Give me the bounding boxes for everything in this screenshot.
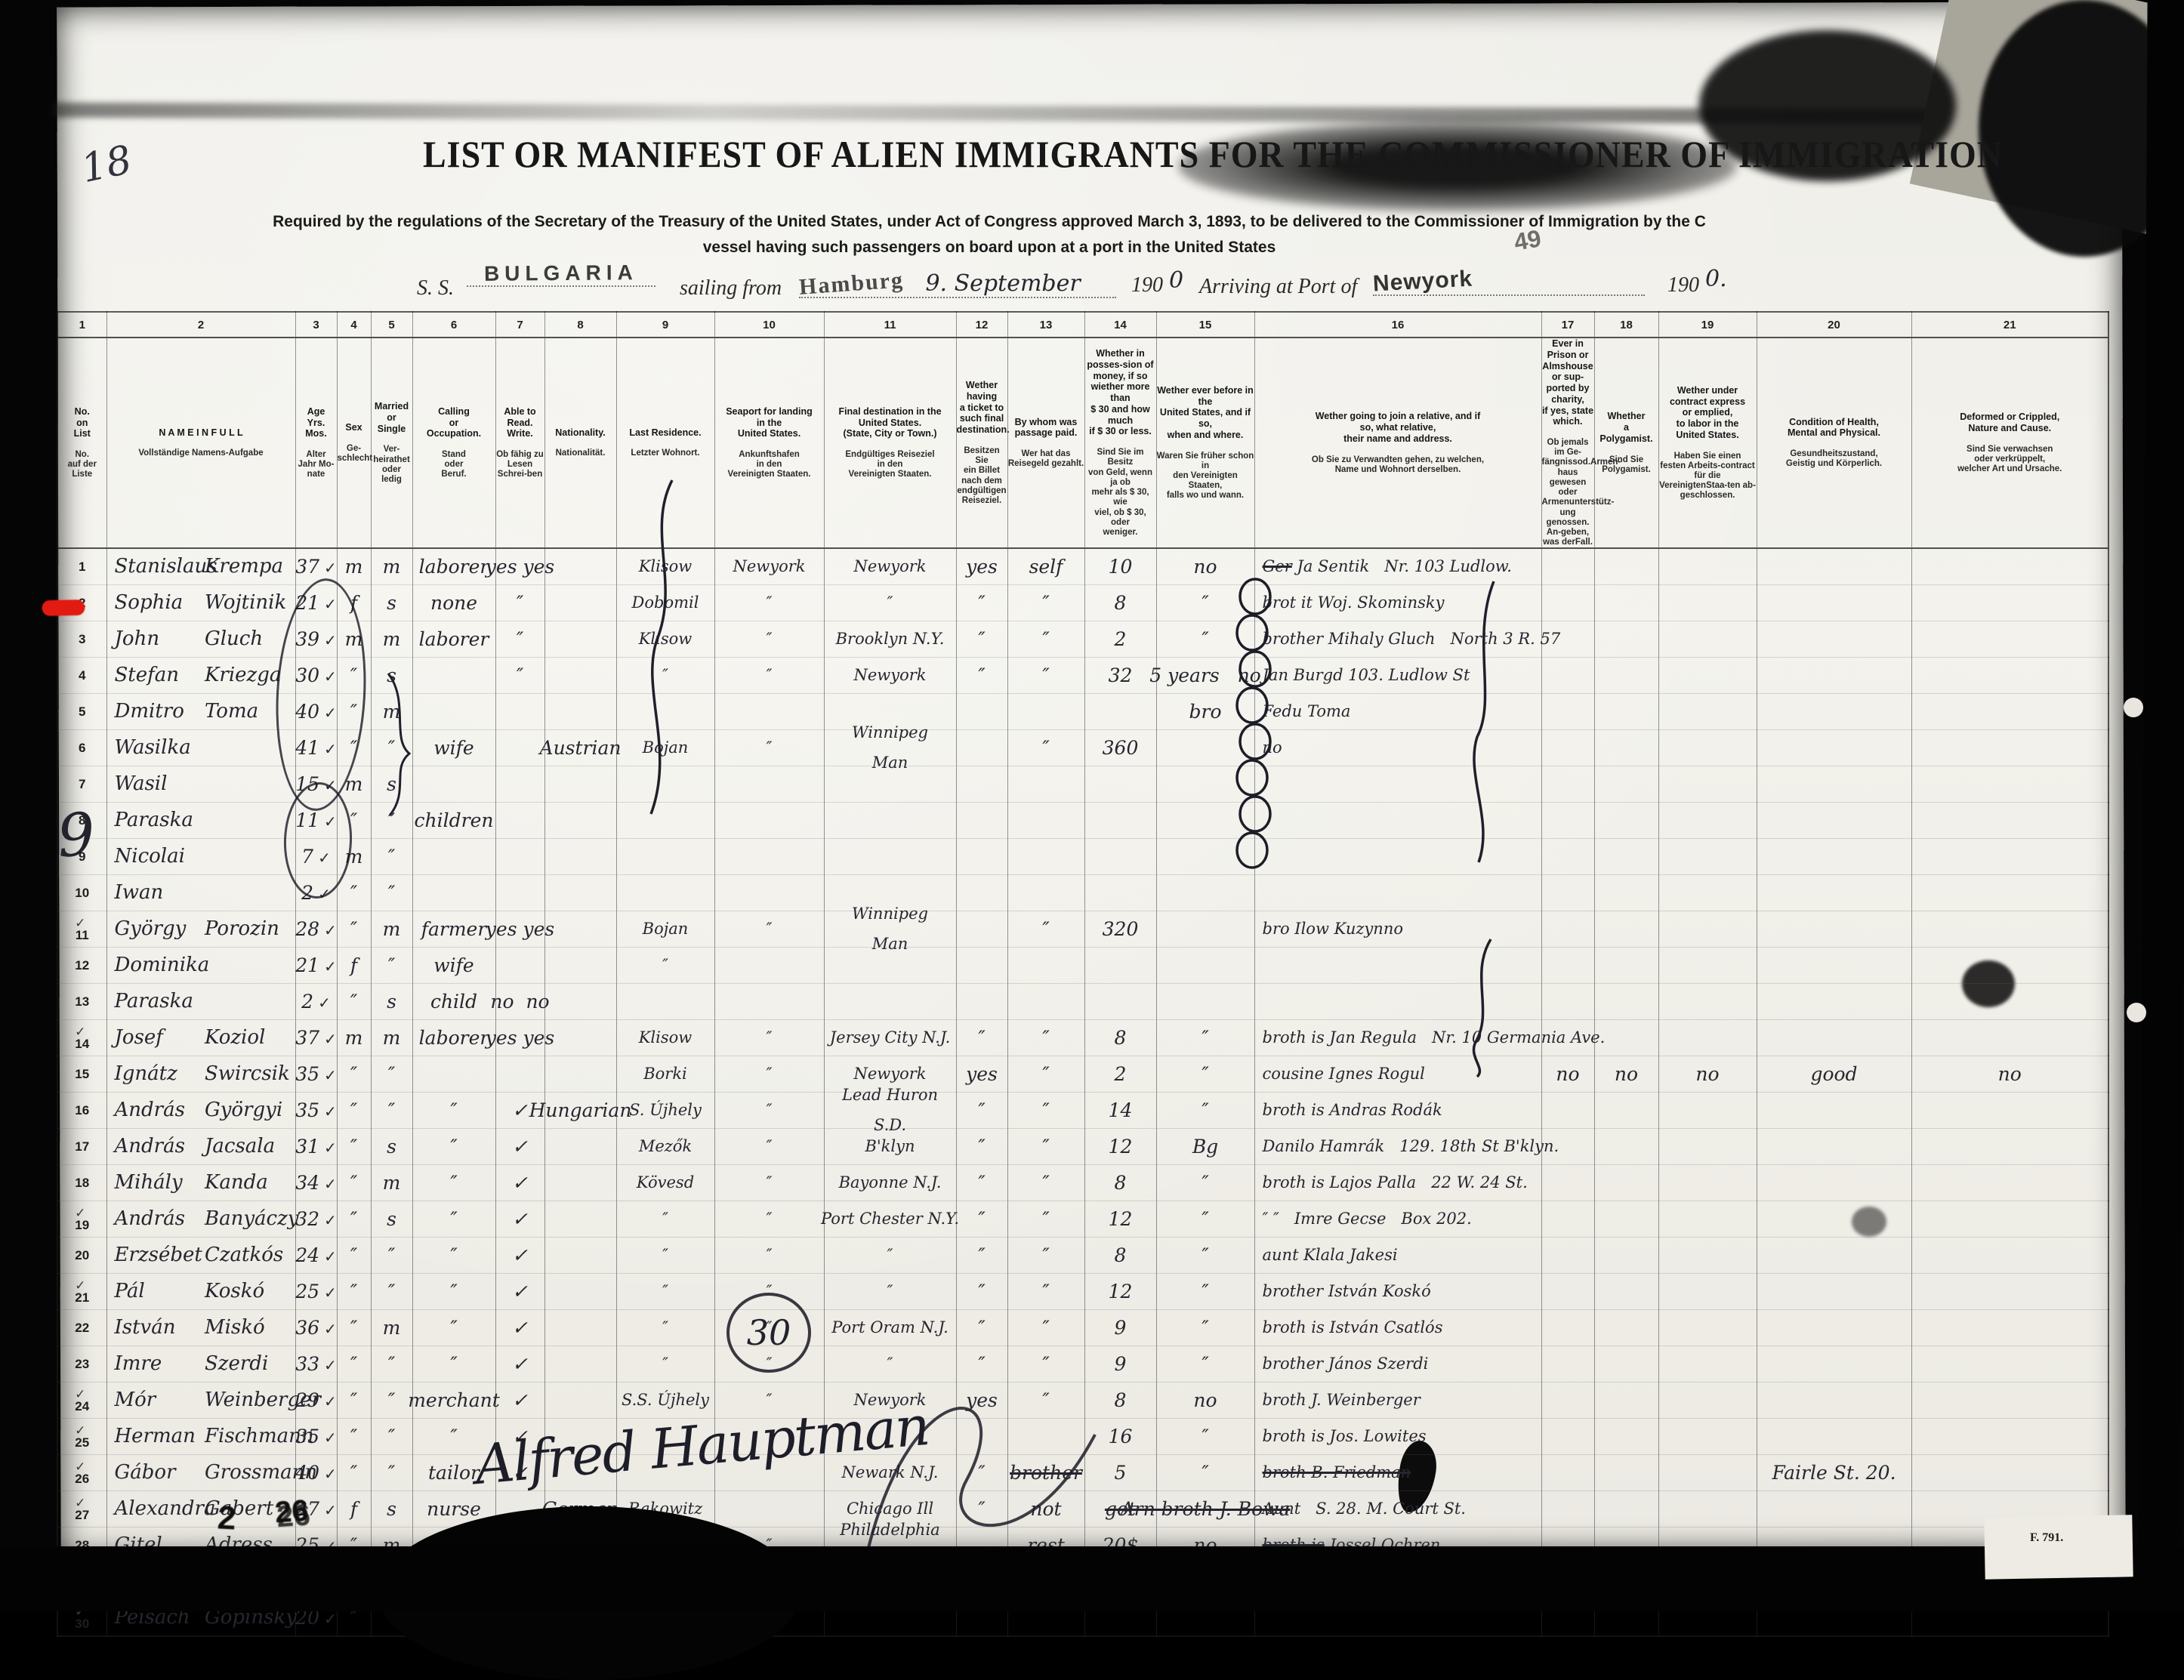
seaport-cell — [714, 766, 824, 803]
column-header-17: Ever in Prison or Almshouse or sup-porte… — [1541, 338, 1594, 548]
ticket-cell: ″ — [956, 1020, 1007, 1056]
prison-cell — [1541, 984, 1594, 1020]
column-header-21: Deformed or Crippled, Nature and Cause.S… — [1911, 338, 2108, 548]
read-write-cell: ″ — [495, 658, 544, 694]
money-cell: 32 — [1084, 658, 1156, 694]
deformed-cell — [1911, 911, 2108, 948]
deformed-cell — [1911, 1129, 2108, 1165]
read-write-cell: yes yes — [495, 548, 544, 585]
age-cell: 33✓ — [295, 1346, 337, 1383]
ever-before-us-cell: ″ — [1156, 1274, 1254, 1310]
contract-labor-cell — [1658, 1383, 1757, 1419]
passage-paid-by-cell: ″ — [1007, 1020, 1084, 1056]
prison-cell — [1541, 1419, 1594, 1455]
column-number: 21 — [1911, 312, 2108, 338]
ticket-cell: ″ — [956, 1274, 1007, 1310]
prison-cell — [1541, 658, 1594, 694]
married-cell: m — [371, 548, 412, 585]
sex-cell: ″ — [337, 1419, 371, 1455]
year-printed: 190 — [1131, 273, 1163, 297]
money-cell: 14 — [1084, 1093, 1156, 1129]
contract-labor-cell — [1658, 694, 1757, 730]
health-cell — [1757, 1238, 1911, 1274]
read-write-cell: ″ — [495, 621, 544, 658]
calling-cell: laborer — [412, 621, 495, 658]
last-residence-cell — [616, 984, 714, 1020]
married-cell: m — [371, 621, 412, 658]
money-cell: 8 — [1084, 1238, 1156, 1274]
final-destination-cell: ″ — [824, 585, 956, 621]
read-write-cell — [495, 803, 544, 839]
deformed-cell — [1911, 694, 2108, 730]
contract-labor-cell — [1658, 766, 1757, 803]
read-write-cell — [495, 766, 544, 803]
final-destination-cell: Brooklyn N.Y. — [824, 621, 956, 658]
sex-cell: f — [337, 948, 371, 984]
sex-cell: ″ — [337, 1383, 371, 1419]
health-cell — [1757, 1129, 1911, 1165]
married-cell: ″ — [371, 1274, 412, 1310]
calling-cell: ″ — [412, 1310, 495, 1346]
age-cell: 24✓ — [295, 1238, 337, 1274]
money-cell — [1084, 948, 1156, 984]
read-write-cell: ✓ — [495, 1346, 544, 1383]
health-cell — [1757, 1383, 1911, 1419]
name-cell: AlexandraGabert — [106, 1491, 295, 1527]
ss-prefix: S. S. — [417, 276, 454, 301]
prison-cell — [1541, 1238, 1594, 1274]
last-residence-cell: S. Újhely — [616, 1093, 714, 1129]
sex-cell: ″ — [337, 911, 371, 948]
final-destination-cell: Port Chester N.Y. — [824, 1201, 956, 1238]
polygamist-cell — [1594, 766, 1658, 803]
calling-cell: ″ — [412, 1346, 495, 1383]
nationality-cell — [544, 1274, 616, 1310]
money-cell — [1084, 839, 1156, 875]
relative-joining-cell: broth is Lajos Palla 22 W. 24 St. — [1254, 1165, 1541, 1201]
money-cell — [1084, 875, 1156, 911]
health-cell — [1757, 730, 1911, 766]
relative-joining-cell — [1254, 948, 1541, 984]
final-destination-cell: ″ — [824, 1346, 956, 1383]
sex-cell: m — [337, 1020, 371, 1056]
pen-brace-children — [384, 670, 414, 818]
subtitle-line-1: Required by the regulations of the Secre… — [136, 213, 1843, 231]
ticket-cell: ″ — [956, 1310, 1007, 1346]
married-cell: s — [371, 1201, 412, 1238]
ever-before-us-cell: ″ — [1156, 1093, 1254, 1129]
relative-joining-cell: Danilo Hamrák 129. 18th St B'klyn. — [1254, 1129, 1541, 1165]
row-number-cell: 12 — [57, 948, 106, 984]
deformed-cell — [1911, 1020, 2108, 1056]
health-cell — [1757, 1346, 1911, 1383]
money-cell — [1084, 984, 1156, 1020]
sex-cell: ″ — [337, 1165, 371, 1201]
passage-paid-by-cell: ″ — [1007, 585, 1084, 621]
seaport-cell: ″ — [714, 585, 824, 621]
column-number: 16 — [1254, 312, 1541, 338]
final-destination-cell: Lead HuronS.D. — [824, 1093, 956, 1129]
passage-paid-by-cell — [1007, 803, 1084, 839]
prison-cell — [1541, 1093, 1594, 1129]
sex-cell: ″ — [337, 875, 371, 911]
polygamist-cell — [1594, 730, 1658, 766]
document-title: LIST OR MANIFEST OF ALIEN IMMIGRANTS FOR… — [423, 133, 1692, 176]
contract-labor-cell — [1658, 621, 1757, 658]
deformed-cell — [1911, 621, 2108, 658]
contract-labor-cell — [1658, 1274, 1757, 1310]
column-header-14: Whether in posses-sion of money, if so w… — [1084, 338, 1156, 548]
row-number-cell: ✓26 — [57, 1455, 106, 1491]
column-header-8: Nationality.Nationalität. — [544, 338, 616, 548]
last-residence-cell: Mezők — [616, 1129, 714, 1165]
column-number: 14 — [1084, 312, 1156, 338]
name-cell: Nicolai — [106, 839, 295, 875]
read-write-cell: yes yes — [495, 1020, 544, 1056]
margin-figure: 9 — [55, 800, 97, 871]
married-cell: ″ — [371, 1238, 412, 1274]
polygamist-cell — [1594, 1419, 1658, 1455]
contract-labor-cell — [1658, 875, 1757, 911]
deformed-cell — [1911, 1383, 2108, 1419]
married-cell: m — [371, 911, 412, 948]
sex-cell: ″ — [337, 1201, 371, 1238]
seaport-cell — [714, 694, 824, 730]
form-number-patch — [1984, 1515, 2133, 1579]
passage-paid-by-cell: ″ — [1007, 1310, 1084, 1346]
column-header-12: Wether having a ticket to such final des… — [956, 338, 1007, 548]
ever-before-us-cell: ″ — [1156, 1419, 1254, 1455]
passage-paid-by-cell — [1007, 984, 1084, 1020]
nationality-cell — [544, 1201, 616, 1238]
final-destination-cell — [824, 803, 956, 839]
ever-before-us-cell: ″ — [1156, 1020, 1254, 1056]
nationality-cell — [544, 1056, 616, 1093]
nationality-cell — [544, 984, 616, 1020]
ticket-cell: ″ — [956, 1201, 1007, 1238]
row-number-cell: 18 — [57, 1165, 106, 1201]
nationality-cell — [544, 839, 616, 875]
married-cell: ″ — [371, 875, 412, 911]
prison-cell — [1541, 766, 1594, 803]
polygamist-cell — [1594, 1455, 1658, 1491]
ticket-cell — [956, 730, 1007, 766]
deformed-cell — [1911, 948, 2108, 984]
polygamist-cell — [1594, 1274, 1658, 1310]
row-number-cell: 17 — [57, 1129, 106, 1165]
last-residence-cell — [616, 875, 714, 911]
sex-cell: ″ — [337, 1310, 371, 1346]
polygamist-cell — [1594, 1346, 1658, 1383]
seaport-cell: ″ — [714, 1056, 824, 1093]
ticket-cell: ″ — [956, 1238, 1007, 1274]
ticket-cell: ″ — [956, 585, 1007, 621]
row-number-cell: 15 — [57, 1056, 106, 1093]
nationality-cell — [544, 875, 616, 911]
health-cell — [1757, 875, 1911, 911]
nationality-cell: Austrian — [544, 730, 616, 766]
last-residence-cell: ″ — [616, 1201, 714, 1238]
contract-labor-cell — [1658, 1201, 1757, 1238]
scanned-manifest-page: LIST OR MANIFEST OF ALIEN IMMIGRANTS FOR… — [0, 0, 2184, 1611]
passage-paid-by-cell: ″ — [1007, 730, 1084, 766]
ever-before-us-cell — [1156, 911, 1254, 948]
name-cell: ImreSzerdi — [106, 1346, 295, 1383]
seaport-cell — [714, 875, 824, 911]
health-cell — [1757, 803, 1911, 839]
passage-paid-by-cell: ″ — [1007, 1346, 1084, 1383]
nationality-cell — [544, 585, 616, 621]
contract-labor-cell — [1658, 839, 1757, 875]
money-cell: 320 — [1084, 911, 1156, 948]
name-cell: Wasil — [106, 766, 295, 803]
prison-cell — [1541, 694, 1594, 730]
contract-labor-cell — [1658, 1020, 1757, 1056]
column-number: 9 — [616, 312, 714, 338]
form-number: F. 791. — [2030, 1531, 2063, 1545]
deformed-cell — [1911, 1238, 2108, 1274]
health-cell — [1757, 948, 1911, 984]
ever-before-us-cell: ″ — [1156, 1455, 1254, 1491]
deformed-cell — [1911, 766, 2108, 803]
sailing-date-hand: 9. September — [925, 270, 1080, 297]
prison-cell — [1541, 875, 1594, 911]
seaport-cell — [714, 839, 824, 875]
calling-cell — [412, 875, 495, 911]
passage-paid-by-cell — [1007, 766, 1084, 803]
health-cell — [1757, 1491, 1911, 1527]
prison-cell — [1541, 1455, 1594, 1491]
final-destination-cell: Newyork — [824, 658, 956, 694]
contract-labor-cell — [1658, 1129, 1757, 1165]
passage-paid-by-cell: self — [1007, 548, 1084, 585]
ever-before-us-cell — [1156, 948, 1254, 984]
polygamist-cell — [1594, 1093, 1658, 1129]
nationality-cell — [544, 694, 616, 730]
read-write-cell — [495, 839, 544, 875]
last-residence-cell: Klisow — [616, 1020, 714, 1056]
last-residence-cell: ″ — [616, 1274, 714, 1310]
row-number-cell: 20 — [57, 1238, 106, 1274]
polygamist-cell — [1594, 585, 1658, 621]
nationality-cell — [544, 1383, 616, 1419]
read-write-cell — [495, 694, 544, 730]
age-cell: 35✓ — [295, 1093, 337, 1129]
scan-bottom-edge — [0, 1546, 2184, 1611]
circled-value-30: 30 — [726, 1293, 811, 1373]
contract-labor-cell — [1658, 1310, 1757, 1346]
name-cell: JosefKoziol — [106, 1020, 295, 1056]
sex-cell: ″ — [337, 1238, 371, 1274]
nationality-cell — [544, 1020, 616, 1056]
seaport-cell: ″ — [714, 1093, 824, 1129]
ticket-cell — [956, 803, 1007, 839]
seaport-cell: Newyork — [714, 548, 824, 585]
seaport-cell: ″ — [714, 621, 824, 658]
seaport-cell: ″ — [714, 1020, 824, 1056]
name-cell: MórWeinberger — [106, 1383, 295, 1419]
sex-cell: ″ — [337, 1346, 371, 1383]
contract-labor-cell — [1658, 948, 1757, 984]
nationality-cell — [544, 911, 616, 948]
contract-labor-cell — [1658, 658, 1757, 694]
passage-paid-by-cell — [1007, 948, 1084, 984]
contract-labor-cell — [1658, 1346, 1757, 1383]
health-cell — [1757, 839, 1911, 875]
ticket-cell — [956, 694, 1007, 730]
sex-cell: ″ — [337, 1455, 371, 1491]
name-cell: GáborGrossmann — [106, 1455, 295, 1491]
polygamist-cell — [1594, 1491, 1658, 1527]
polygamist-cell — [1594, 803, 1658, 839]
nationality-cell — [544, 1129, 616, 1165]
row-number-cell: ✓25 — [57, 1419, 106, 1455]
read-write-cell — [495, 730, 544, 766]
passage-paid-by-cell: ″ — [1007, 1238, 1084, 1274]
seaport-cell — [714, 1491, 824, 1527]
pen-brace-col8 — [640, 477, 686, 817]
name-cell: AndrásJacsala — [106, 1129, 295, 1165]
contract-labor-cell — [1658, 1455, 1757, 1491]
prison-cell — [1541, 1201, 1594, 1238]
sailing-port: Hamburg — [798, 267, 905, 301]
deformed-cell — [1911, 548, 2108, 585]
passage-paid-by-cell: ″ — [1007, 621, 1084, 658]
name-cell: SophiaWojtinik — [106, 585, 295, 621]
calling-cell: laborer — [412, 1020, 495, 1056]
row-number-cell: ✓11 — [57, 911, 106, 948]
bottom-stamp-26: 26 — [273, 1494, 310, 1530]
deformed-cell — [1911, 1419, 2108, 1455]
column-header-4: SexGe-schlecht — [337, 338, 371, 548]
relative-joining-cell: broth is Jan Regula Nr. 10 Germania Ave. — [1254, 1020, 1541, 1056]
married-cell: s — [371, 984, 412, 1020]
ever-before-us-cell — [1156, 875, 1254, 911]
passage-paid-by-cell: ″ — [1007, 911, 1084, 948]
circled-30-text: 30 — [747, 1312, 791, 1353]
age-cell: 35✓ — [295, 1056, 337, 1093]
final-destination-cell: B'klyn — [824, 1129, 956, 1165]
nationality-cell — [544, 766, 616, 803]
sex-cell: ″ — [337, 984, 371, 1020]
relative-joining-cell: broth J. Weinberger — [1254, 1383, 1541, 1419]
deformed-cell — [1911, 1093, 2108, 1129]
column-number: 5 — [371, 312, 412, 338]
read-write-cell — [495, 875, 544, 911]
row-number-cell: 5 — [57, 694, 106, 730]
name-cell: HermanFischmann — [106, 1419, 295, 1455]
final-destination-cell: Bayonne N.J. — [824, 1165, 956, 1201]
year2-printed: 190 — [1667, 273, 1699, 297]
ticket-cell — [956, 875, 1007, 911]
column-number: 12 — [956, 312, 1007, 338]
row-number-cell: ✓14 — [57, 1020, 106, 1056]
ticket-cell: ″ — [956, 658, 1007, 694]
ticket-cell — [956, 839, 1007, 875]
passage-paid-by-cell: ″ — [1007, 1093, 1084, 1129]
contract-labor-cell — [1658, 585, 1757, 621]
read-write-cell — [495, 1056, 544, 1093]
final-destination-cell — [824, 948, 956, 984]
row-number-cell: 4 — [57, 658, 106, 694]
money-cell: 9 — [1084, 1346, 1156, 1383]
row-number-cell: 13 — [57, 984, 106, 1020]
calling-cell — [412, 694, 495, 730]
pen-brace-dest-rows6-10 — [1464, 578, 1501, 865]
row-number-cell: 22 — [57, 1310, 106, 1346]
name-cell: PálKoskó — [106, 1274, 295, 1310]
sex-cell: m — [337, 548, 371, 585]
married-cell: ″ — [371, 948, 412, 984]
money-cell: 360 — [1084, 730, 1156, 766]
polygamist-cell — [1594, 1201, 1658, 1238]
read-write-cell: ✓ — [495, 1310, 544, 1346]
last-residence-cell — [616, 839, 714, 875]
calling-cell: ″ — [412, 1238, 495, 1274]
health-cell — [1757, 1274, 1911, 1310]
final-destination-cell: Port Oram N.J. — [824, 1310, 956, 1346]
married-cell: s — [371, 1491, 412, 1527]
relative-joining-cell — [1254, 984, 1541, 1020]
row-number-cell: 23 — [57, 1346, 106, 1383]
column-header-7: Able to Read. Write.Ob fähig zu Lesen Sc… — [495, 338, 544, 548]
relative-joining-cell: broth is István Csatlós — [1254, 1310, 1541, 1346]
final-destination-cell: WinnipegMan — [824, 911, 956, 948]
deformed-cell — [1911, 1201, 2108, 1238]
deformed-cell — [1911, 839, 2108, 875]
name-cell: AndrásGyörgyi — [106, 1093, 295, 1129]
name-cell: IgnátzSwircsik — [106, 1056, 295, 1093]
column-header-1: No. on ListNo. auf der Liste — [57, 338, 106, 548]
passage-paid-by-cell — [1007, 875, 1084, 911]
polygamist-cell — [1594, 1129, 1658, 1165]
polygamist-cell — [1594, 839, 1658, 875]
column-number: 1 — [57, 312, 106, 338]
prison-cell: no — [1541, 1056, 1594, 1093]
row-number-cell: 3 — [57, 621, 106, 658]
prison-cell — [1541, 803, 1594, 839]
married-cell: ″ — [371, 1455, 412, 1491]
column-header-2: N A M E I N F U L LVollständige Namens-A… — [106, 338, 295, 548]
last-residence-cell: Kövesd — [616, 1165, 714, 1201]
ever-before-us-cell: ″ — [1156, 1165, 1254, 1201]
health-cell — [1757, 984, 1911, 1020]
polygamist-cell — [1594, 984, 1658, 1020]
health-cell — [1757, 1165, 1911, 1201]
money-cell: 10 — [1084, 548, 1156, 585]
signature-flourish — [846, 1389, 1163, 1563]
ever-before-us-cell — [1156, 984, 1254, 1020]
column-number: 7 — [495, 312, 544, 338]
last-residence-cell: Bojan — [616, 911, 714, 948]
relative-joining-cell: broth is Andras Rodák — [1254, 1093, 1541, 1129]
read-write-cell: ✓ — [495, 1274, 544, 1310]
relative-joining-cell: brother István Koskó — [1254, 1274, 1541, 1310]
deformed-cell — [1911, 1165, 2108, 1201]
relative-joining-cell — [1254, 875, 1541, 911]
deformed-cell — [1911, 658, 2108, 694]
married-cell: ″ — [371, 1346, 412, 1383]
year-hand: 0 — [1169, 267, 1183, 294]
polygamist-cell — [1594, 658, 1658, 694]
last-residence-cell: ″ — [616, 948, 714, 984]
money-cell: 2 — [1084, 1056, 1156, 1093]
row-number-cell: 6 — [57, 730, 106, 766]
nationality-cell — [544, 1310, 616, 1346]
relative-joining-cell: brother János Szerdi — [1254, 1346, 1541, 1383]
seaport-cell: ″ — [714, 1165, 824, 1201]
calling-cell: laborer — [412, 548, 495, 585]
